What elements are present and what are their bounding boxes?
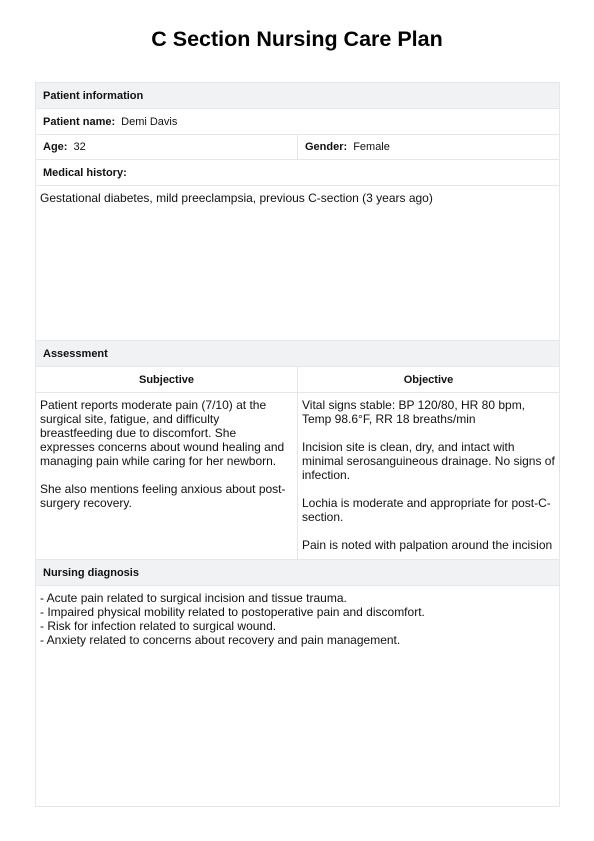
section-title: Patient information bbox=[43, 90, 143, 102]
assessment-header: Assessment bbox=[36, 341, 559, 367]
assessment-column-headers: Subjective Objective bbox=[36, 367, 559, 393]
nursing-diagnosis-header: Nursing diagnosis bbox=[36, 560, 559, 586]
age-value[interactable]: 32 bbox=[73, 141, 85, 153]
subjective-header: Subjective bbox=[36, 367, 297, 392]
age-label: Age: bbox=[43, 141, 67, 153]
nursing-diagnosis-content[interactable]: - Acute pain related to surgical incisio… bbox=[36, 586, 559, 806]
diagnosis-item: - Acute pain related to surgical incisio… bbox=[40, 591, 425, 605]
objective-paragraph: Incision site is clean, dry, and intact … bbox=[302, 440, 555, 482]
patient-name-label: Patient name: bbox=[43, 116, 115, 128]
diagnosis-item: - Anxiety related to concerns about reco… bbox=[40, 633, 425, 647]
diagnosis-item: - Risk for infection related to surgical… bbox=[40, 619, 425, 633]
age-gender-row: Age: 32 Gender: Female bbox=[36, 135, 559, 160]
objective-paragraph: Lochia is moderate and appropriate for p… bbox=[302, 496, 555, 524]
subjective-paragraph: She also mentions feeling anxious about … bbox=[40, 482, 293, 510]
subjective-paragraph: Patient reports moderate pain (7/10) at … bbox=[40, 398, 293, 468]
gender-field: Gender: Female bbox=[297, 135, 559, 159]
section-title: Nursing diagnosis bbox=[43, 567, 139, 579]
gender-label: Gender: bbox=[305, 141, 347, 153]
objective-paragraph: Vital signs stable: BP 120/80, HR 80 bpm… bbox=[302, 398, 555, 426]
care-plan-form: Patient information Patient name: Demi D… bbox=[35, 82, 560, 807]
diagnosis-item: - Impaired physical mobility related to … bbox=[40, 605, 425, 619]
patient-name-value[interactable]: Demi Davis bbox=[121, 116, 177, 128]
objective-content[interactable]: Vital signs stable: BP 120/80, HR 80 bpm… bbox=[297, 393, 559, 559]
subjective-content[interactable]: Patient reports moderate pain (7/10) at … bbox=[36, 393, 297, 559]
page-title: C Section Nursing Care Plan bbox=[0, 27, 594, 52]
medical-history-label: Medical history: bbox=[43, 167, 127, 179]
objective-header: Objective bbox=[297, 367, 559, 392]
medical-history-label-row: Medical history: bbox=[36, 160, 559, 186]
assessment-content-row: Patient reports moderate pain (7/10) at … bbox=[36, 393, 559, 560]
section-title: Assessment bbox=[43, 348, 108, 360]
nursing-diagnosis-list: - Acute pain related to surgical incisio… bbox=[36, 586, 429, 806]
medical-history-value: Gestational diabetes, mild preeclampsia,… bbox=[36, 186, 437, 340]
objective-paragraph: Pain is noted with palpation around the … bbox=[302, 538, 555, 552]
age-field: Age: 32 bbox=[36, 135, 297, 159]
gender-value[interactable]: Female bbox=[353, 141, 390, 153]
medical-history-content[interactable]: Gestational diabetes, mild preeclampsia,… bbox=[36, 186, 559, 341]
patient-information-header: Patient information bbox=[36, 83, 559, 109]
patient-name-row: Patient name: Demi Davis bbox=[36, 109, 559, 135]
